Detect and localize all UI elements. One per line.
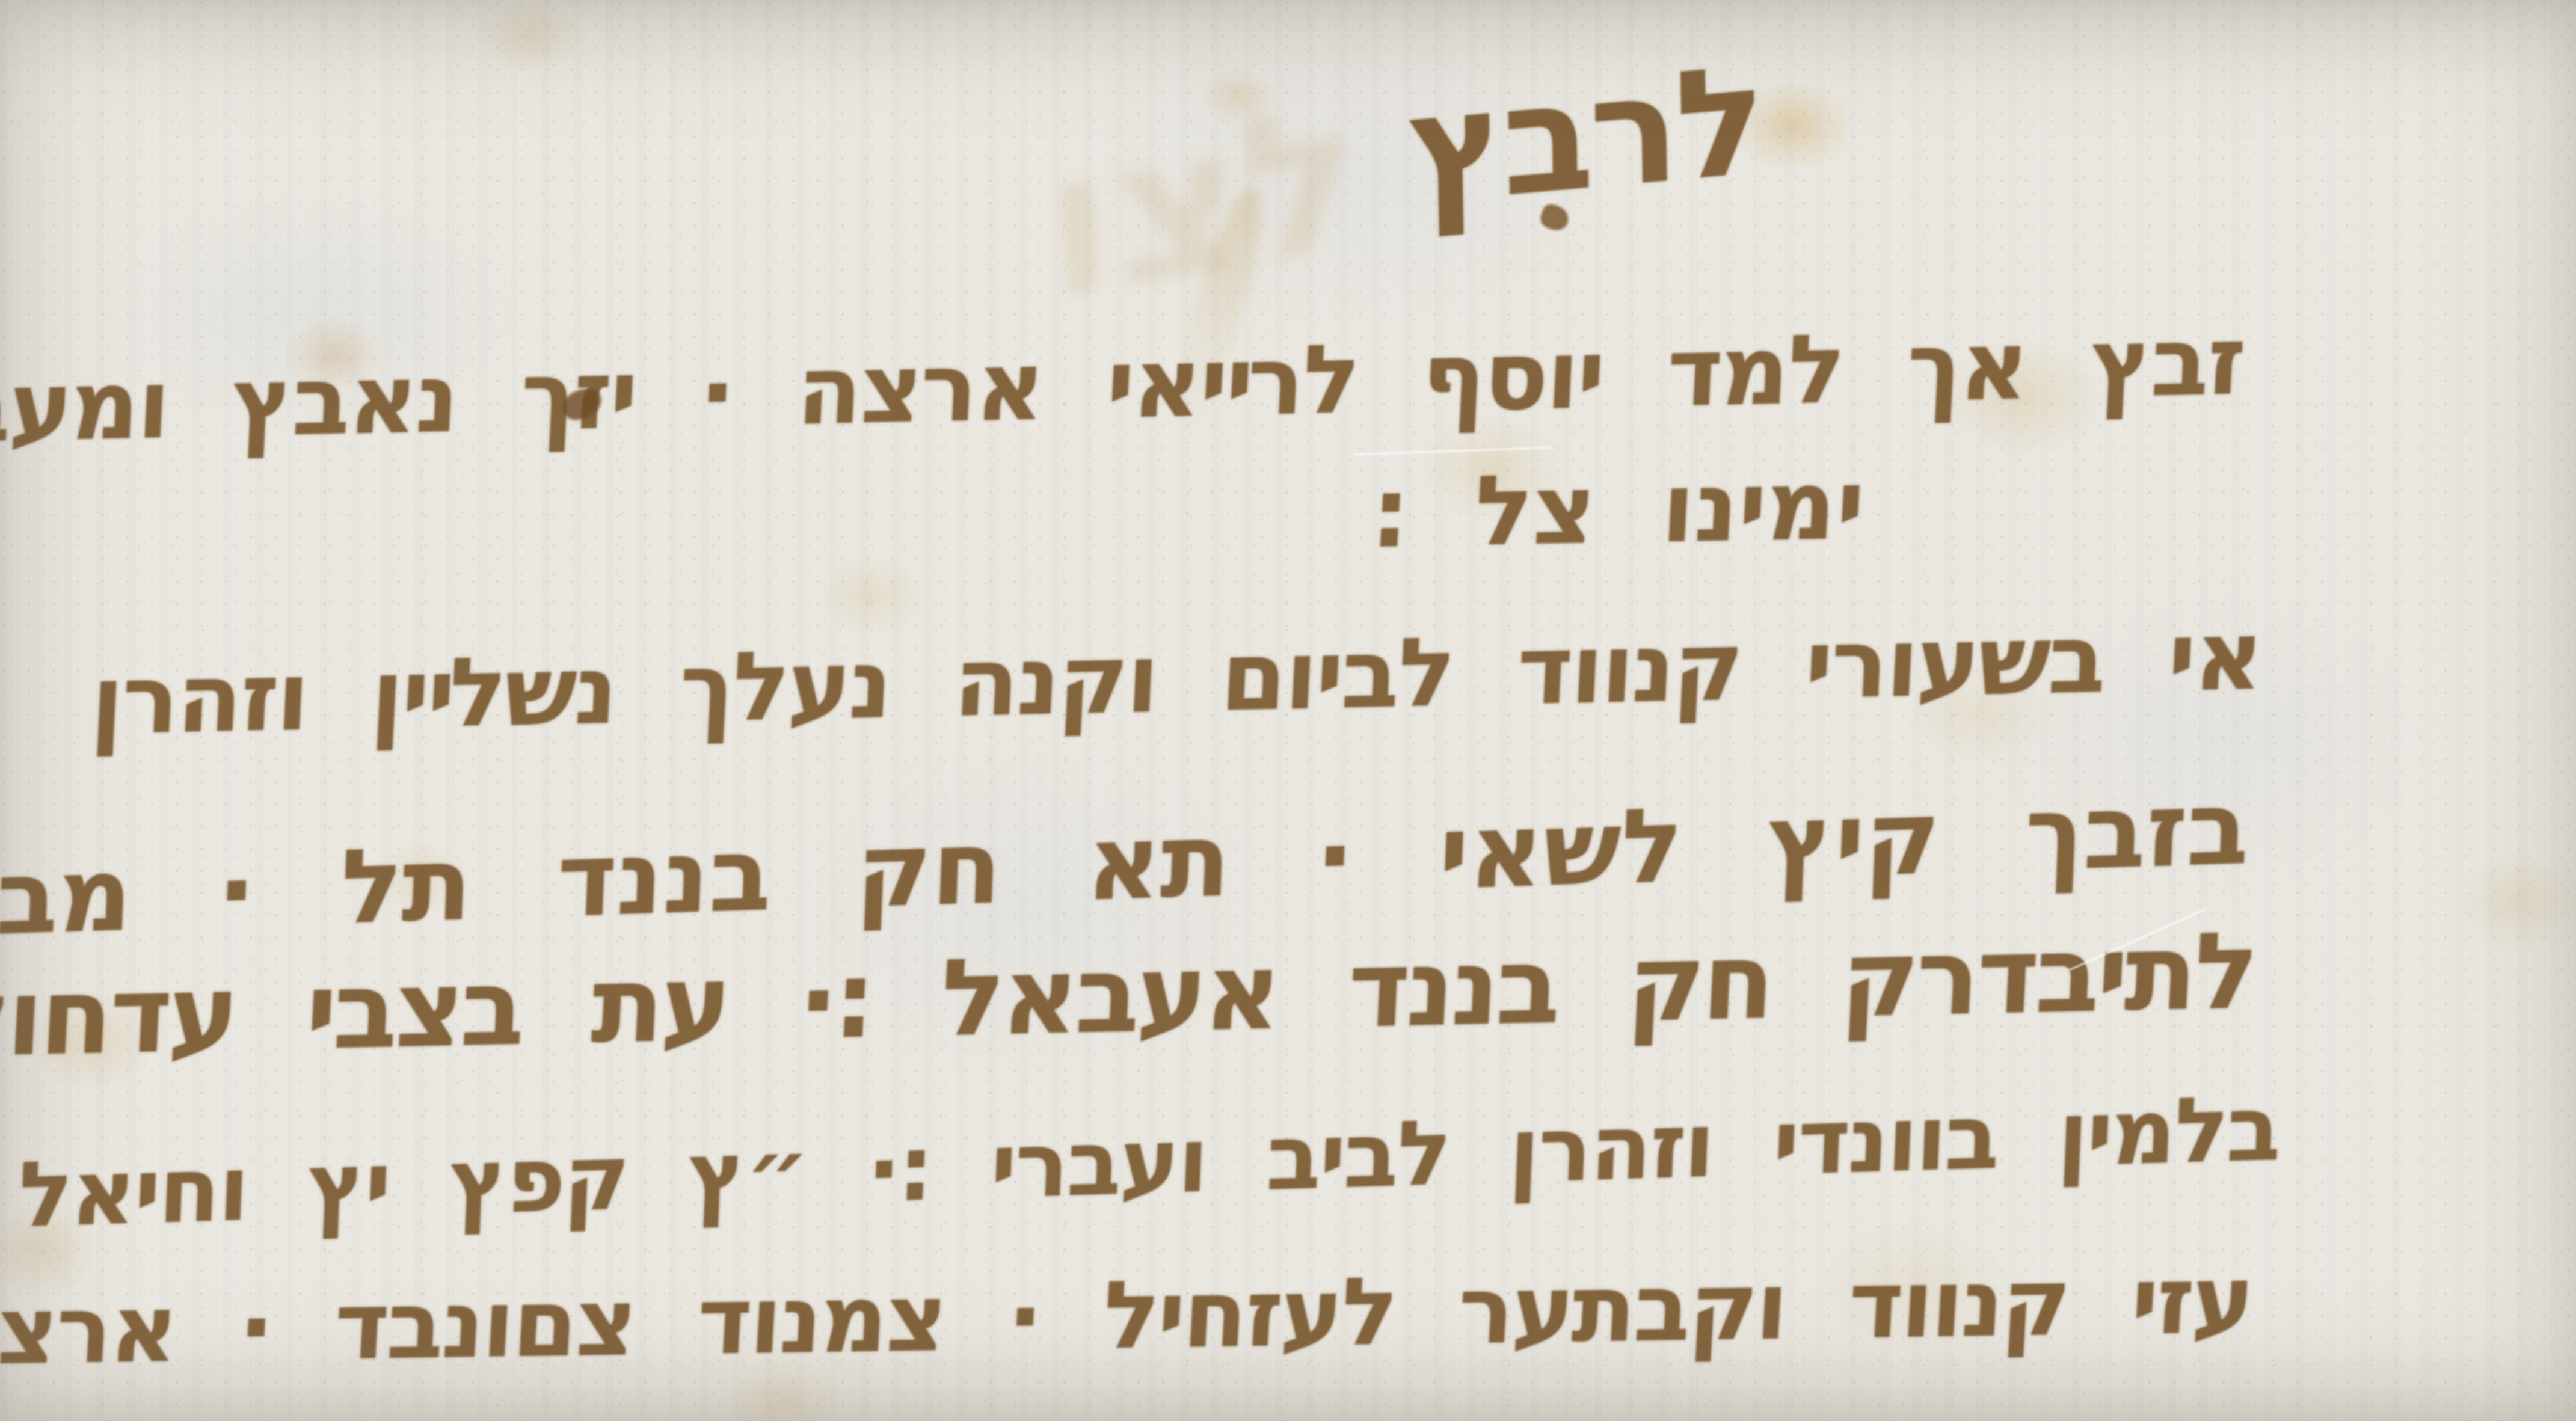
manuscript-text-line: זבץ אך למד יוסף לרײאי ארצה · יזך נאבץ ומ… <box>0 314 2246 458</box>
manuscript-page: לצו לרבץ זבץ אך למד יוסף לרײאי ארצה · יז… <box>0 0 2576 1421</box>
manuscript-text-line: אי בשעורי קנווד לביום וקנה נעלך נשלײן וז… <box>89 609 2264 749</box>
page-heading: לרבץ <box>1407 45 1763 226</box>
manuscript-text-line-short: ימינו צל ׃ <box>1370 457 1867 562</box>
manuscript-text-line: בלמין בוונדי וזהרן לביב ועברי ׃· ״ץ קפץ … <box>16 1084 2281 1241</box>
manuscript-text-line: עזי קנווד וקבתער לעזחיל · צמנוד צםונבד ·… <box>0 1253 2255 1380</box>
